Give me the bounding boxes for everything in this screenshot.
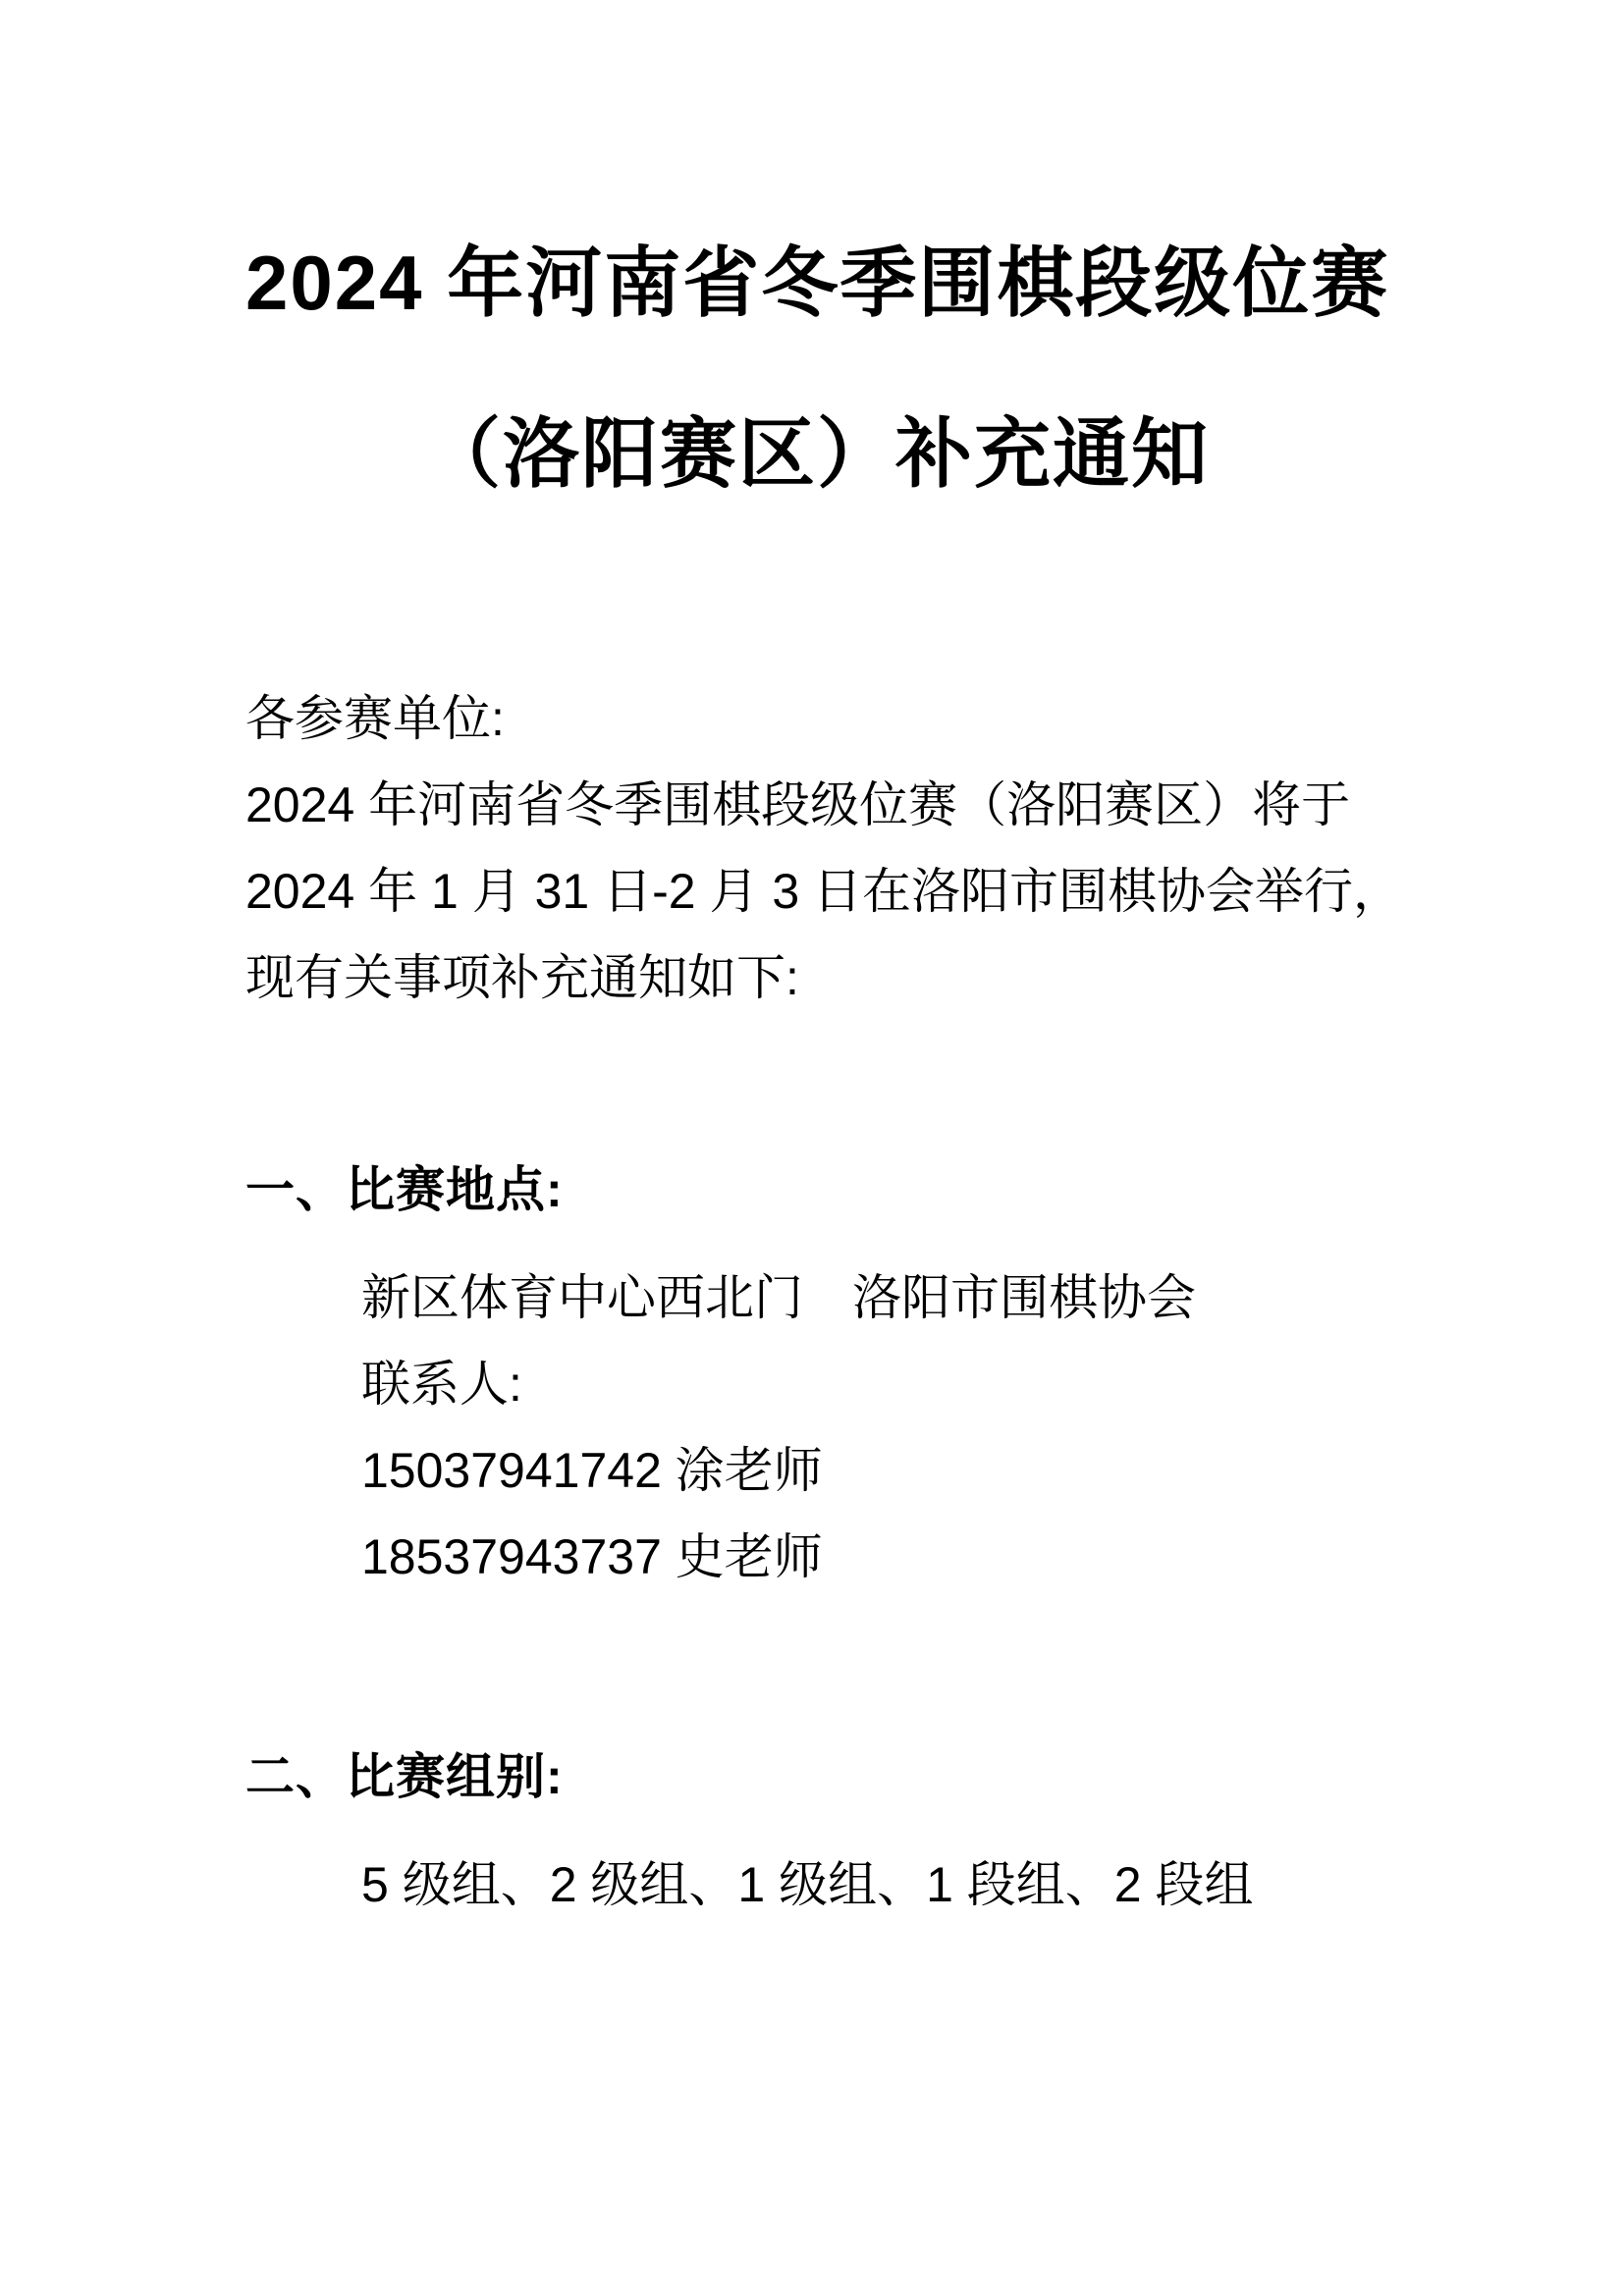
section-venue-heading: 一、比赛地点: [245, 1147, 1388, 1233]
section-venue-body: 新区体育中心西北门 洛阳市围棋协会 联系人: 15037941742 涂老师 1… [245, 1255, 1388, 1600]
title-block: 2024 年河南省冬季围棋段级位赛 （洛阳赛区）补充通知 [245, 243, 1388, 493]
salutation: 各参赛单位: [245, 675, 1388, 762]
contact-phone-1: 15037941742 涂老师 [245, 1427, 1388, 1514]
section-groups-body: 5 级组、2 级组、1 级组、1 段组、2 段组 [245, 1842, 1388, 1928]
section-groups-heading: 二、比赛组别: [245, 1734, 1388, 1820]
section-groups: 二、比赛组别: 5 级组、2 级组、1 级组、1 段组、2 段组 [245, 1734, 1388, 1928]
document-title-line-1: 2024 年河南省冬季围棋段级位赛 [245, 243, 1388, 322]
intro-line-3: 现有关事项补充通知如下: [245, 934, 1388, 1021]
contact-phone-2: 18537943737 史老师 [245, 1514, 1388, 1600]
document-title-line-2: （洛阳赛区）补充通知 [245, 414, 1388, 493]
intro-line-1: 2024 年河南省冬季围棋段级位赛（洛阳赛区）将于 [245, 762, 1388, 848]
intro-paragraph: 各参赛单位: 2024 年河南省冬季围棋段级位赛（洛阳赛区）将于 2024 年 … [245, 675, 1388, 1021]
document-page: 2024 年河南省冬季围棋段级位赛 （洛阳赛区）补充通知 各参赛单位: 2024… [0, 0, 1624, 2296]
contact-label: 联系人: [245, 1341, 1388, 1427]
venue-address: 新区体育中心西北门 洛阳市围棋协会 [245, 1255, 1388, 1341]
section-venue: 一、比赛地点: 新区体育中心西北门 洛阳市围棋协会 联系人: 150379417… [245, 1147, 1388, 1600]
intro-line-2: 2024 年 1 月 31 日-2 月 3 日在洛阳市围棋协会举行， [245, 848, 1388, 934]
groups-list: 5 级组、2 级组、1 级组、1 段组、2 段组 [245, 1842, 1388, 1928]
